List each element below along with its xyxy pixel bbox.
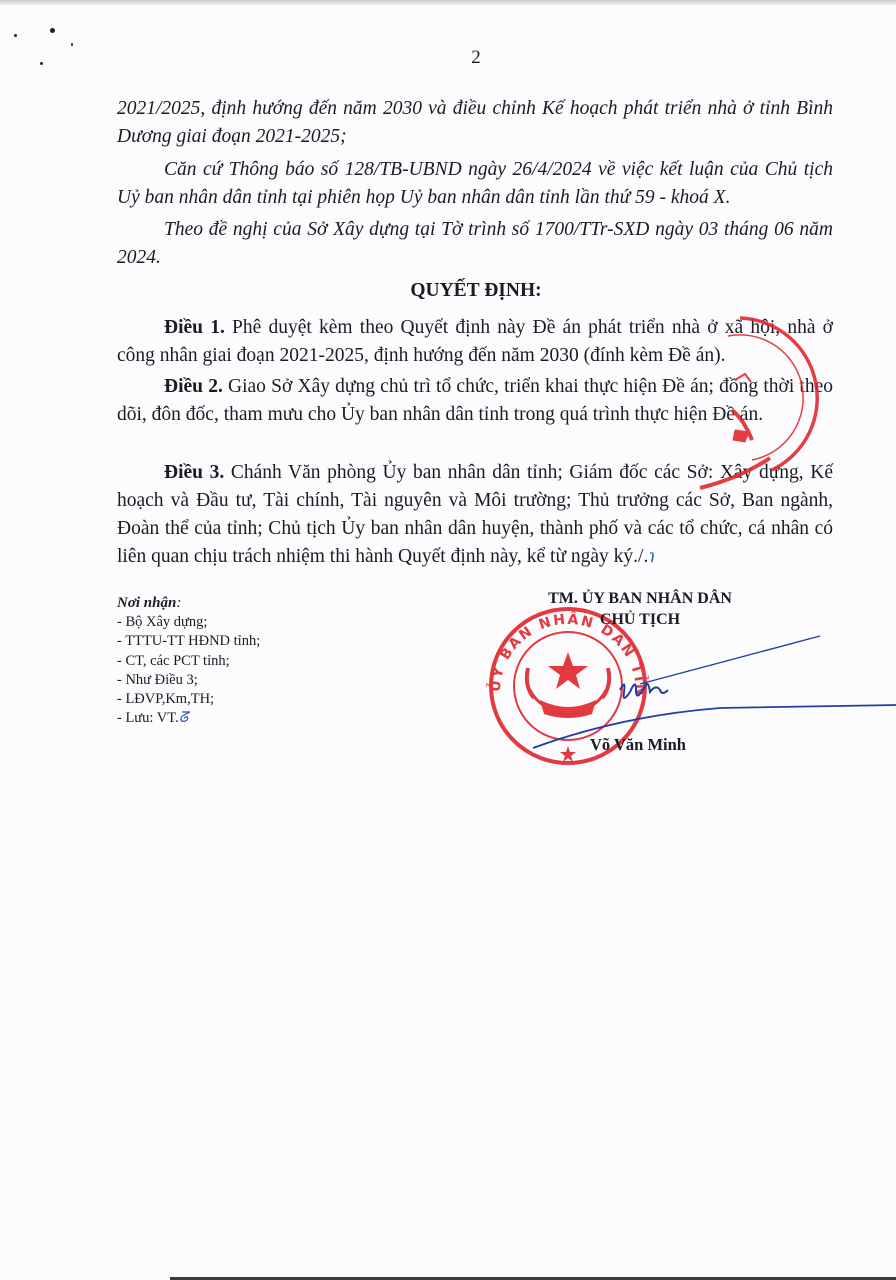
on-behalf-title: TM. ỦY BAN NHÂN DÂN [490,588,790,609]
signature-block: TM. ỦY BAN NHÂN DÂN CHỦ TỊCH [490,588,790,630]
recipient-item: - Như Điều 3; [117,671,260,690]
recipients-list: - Bộ Xây dựng; - TTTU-TT HĐND tỉnh; - CT… [117,613,260,728]
scan-speck [14,34,17,37]
recipient-item: - Lưu: VT.ᘔ [117,709,260,728]
article-3: Điều 3. Chánh Văn phòng Ủy ban nhân dân … [117,459,833,571]
recipient-item: - TTTU-TT HĐND tỉnh; [117,632,260,651]
recipient-item: - CT, các PCT tỉnh; [117,652,260,671]
recipients-heading: Nơi nhận: [117,594,260,613]
handwritten-check-mark: ɿ [648,546,655,567]
scan-speck [71,43,73,46]
article-3-label: Điều 3. [164,462,224,483]
article-1: Điều 1. Phê duyệt kèm theo Quyết định nà… [117,314,833,370]
handwritten-initial-mark: ᘔ [179,710,188,726]
article-2: Điều 2. Giao Sở Xây dựng chủ trì tổ chức… [117,373,833,429]
recipients-block: Nơi nhận: - Bộ Xây dựng; - TTTU-TT HĐND … [117,594,260,728]
recipient-item: - Bộ Xây dựng; [117,613,260,632]
article-1-text: Phê duyệt kèm theo Quyết định này Đề án … [117,317,833,366]
signer-position: CHỦ TỊCH [490,609,790,630]
article-3-text: Chánh Văn phòng Ủy ban nhân dân tỉnh; Gi… [117,462,833,567]
preamble-proposal: Theo đề nghị của Sở Xây dựng tại Tờ trìn… [117,216,833,272]
signer-name: Võ Văn Minh [590,735,686,755]
decision-title: QUYẾT ĐỊNH: [0,280,896,302]
scan-speck [50,28,55,33]
article-1-label: Điều 1. [164,317,225,338]
article-2-label: Điều 2. [164,376,223,397]
handwritten-signature [533,636,896,748]
preamble-basis-plan: 2021/2025, định hướng đến năm 2030 và đi… [117,95,833,151]
recipient-item: - LĐVP,Km,TH; [117,690,260,709]
article-2-text: Giao Sở Xây dựng chủ trì tổ chức, triển … [117,376,833,425]
scan-top-edge [0,0,896,5]
preamble-basis-notice: Căn cứ Thông báo số 128/TB-UBND ngày 26/… [117,156,833,212]
page-number: 2 [0,47,896,69]
